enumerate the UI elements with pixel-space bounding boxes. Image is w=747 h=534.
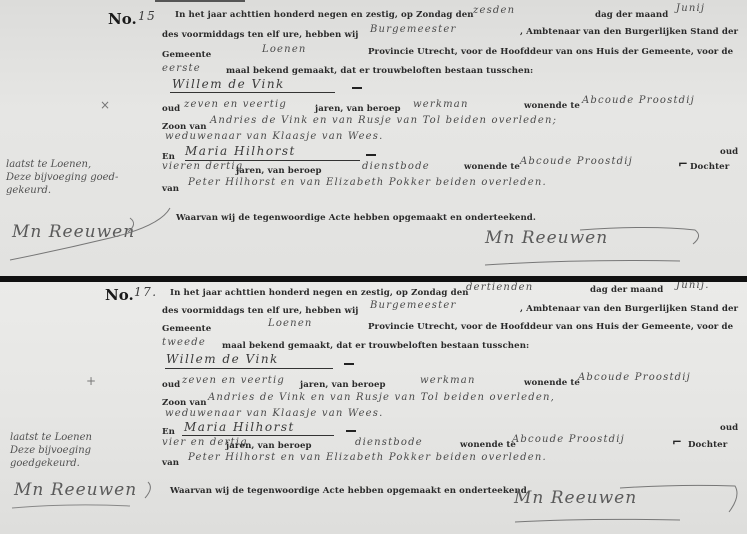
line3-label: Gemeente <box>162 50 211 60</box>
line3-printed-b: Provincie Utrecht, voor de Hoofddeur van… <box>368 47 733 57</box>
line4-printed: maal bekend gemaakt, dat er trouwbelofte… <box>222 341 529 351</box>
bride-parents-label: van <box>162 184 179 194</box>
groom-name: Willem de Vink <box>166 352 279 366</box>
bride-age: vieren dertig <box>162 161 243 172</box>
closing-text: Waarvan wij de tegenwoordige Acte hebben… <box>170 486 530 496</box>
bride-parents: Peter Hilhorst en van Elizabeth Pokker b… <box>188 452 547 463</box>
bride-residence: Abcoude Proostdij <box>512 434 625 445</box>
bride-name: Maria Hilhorst <box>185 144 296 158</box>
entry-number: 15 <box>138 9 156 23</box>
bride-occupation: dienstbode <box>355 437 423 448</box>
official-title: Burgemeester <box>370 24 456 35</box>
groom-residence-label: wonende te <box>524 378 580 388</box>
line2-printed: des voormiddags ten elf ure, hebben wij <box>162 30 359 40</box>
groom-parents: Andries de Vink en van Rusje van Tol bei… <box>210 115 557 126</box>
dash <box>344 363 354 365</box>
plus-mark: + <box>86 374 96 388</box>
groom-name: Willem de Vink <box>172 77 285 91</box>
announcement-ordinal: eerste <box>162 63 201 74</box>
marriage-month: Junij <box>676 3 705 14</box>
margin-note: laatst te Loenen, Deze bijvoeging goed- … <box>6 158 118 197</box>
line3-printed-b: Provincie Utrecht, voor de Hoofddeur van… <box>368 322 733 332</box>
groom-age-label: oud <box>162 380 180 390</box>
entry-number: 17. <box>134 285 158 299</box>
line2-printed: des voormiddags ten elf ure, hebben wij <box>162 306 359 316</box>
groom-parents-label: Zoon van <box>162 398 207 408</box>
bride-residence-label: wonende te <box>464 162 520 172</box>
bride-age-label: oud <box>720 423 738 433</box>
municipality: Loenen <box>262 44 307 55</box>
bride-parents-label: van <box>162 458 179 468</box>
groom-age: zeven en veertig <box>182 375 285 386</box>
groom-age-label: oud <box>162 104 180 114</box>
groom-occupation: werkman <box>413 99 469 110</box>
cross-mark: × <box>100 98 110 112</box>
dash <box>366 154 376 156</box>
line1-printed-b: dag der maand <box>595 10 668 20</box>
line2-printed-b: , Ambtenaar van den Burgerlijken Stand d… <box>520 304 738 314</box>
line1-printed-b: dag der maand <box>590 285 663 295</box>
line3-label: Gemeente <box>162 324 211 334</box>
register-entry-15: No. 15 In het jaar achttien honderd nege… <box>0 0 747 276</box>
bride-prefix: En <box>162 427 175 437</box>
line2-printed-b: , Ambtenaar van den Burgerlijken Stand d… <box>520 27 738 37</box>
signature-flourish <box>10 478 160 518</box>
bride-occupation: dienstbode <box>362 161 430 172</box>
groom-age: zeven en veertig <box>184 99 287 110</box>
groom-status: weduwenaar van Klaasje van Wees. <box>165 408 384 419</box>
entry-number-label: No. <box>108 10 137 28</box>
official-title: Burgemeester <box>370 300 456 311</box>
bride-age-suffix: jaren, van beroep <box>226 441 312 451</box>
bride-residence-label: wonende te <box>460 440 516 450</box>
bride-relation: Dochter <box>688 440 727 450</box>
groom-residence-label: wonende te <box>524 101 580 111</box>
bride-name-underline <box>182 435 334 436</box>
groom-parents: Andries de Vink en van Rusje van Tol bei… <box>208 392 555 403</box>
marriage-day: zesden <box>473 5 515 16</box>
bride-age-label: oud <box>720 147 738 157</box>
groom-residence: Abcoude Proostdij <box>582 95 695 106</box>
dash <box>352 87 362 89</box>
groom-age-suffix: jaren, van beroep <box>300 380 386 390</box>
marriage-month: Junij. <box>676 282 710 291</box>
insertion-mark: ⌐ <box>672 435 682 449</box>
margin-note: laatst te Loenen Deze bijvoeging goedgek… <box>10 431 92 470</box>
bride-residence: Abcoude Proostdij <box>520 156 633 167</box>
signature-flourish <box>510 482 747 532</box>
groom-name-underline <box>165 368 333 369</box>
groom-age-suffix: jaren, van beroep <box>315 104 401 114</box>
closing-text: Waarvan wij de tegenwoordige Acte hebben… <box>176 213 536 223</box>
signature-flourish <box>0 200 180 270</box>
line4-printed: maal bekend gemaakt, dat er trouwbelofte… <box>226 66 533 76</box>
bride-parents: Peter Hilhorst en van Elizabeth Pokker b… <box>188 177 547 188</box>
announcement-ordinal: tweede <box>162 337 206 348</box>
marriage-day: dertienden <box>466 282 533 293</box>
register-entry-17: No. 17. In het jaar achttien honderd neg… <box>0 282 747 534</box>
groom-occupation: werkman <box>420 375 476 386</box>
groom-residence: Abcoude Proostdij <box>578 372 691 383</box>
signature-flourish <box>480 225 720 270</box>
municipality: Loenen <box>268 318 313 329</box>
entry-number-label: No. <box>105 286 134 304</box>
bride-relation: Dochter <box>690 162 729 172</box>
insertion-mark: ⌐ <box>678 157 688 171</box>
groom-status: weduwenaar van Klaasje van Wees. <box>165 131 384 142</box>
page-edge <box>155 0 245 2</box>
bride-age-suffix: jaren, van beroep <box>236 166 322 176</box>
dash <box>346 430 356 432</box>
line1-printed: In het jaar achttien honderd negen en ze… <box>175 10 474 20</box>
line1-printed: In het jaar achttien honderd negen en ze… <box>170 288 469 298</box>
bride-name: Maria Hilhorst <box>184 420 295 434</box>
groom-name-underline <box>170 92 335 93</box>
